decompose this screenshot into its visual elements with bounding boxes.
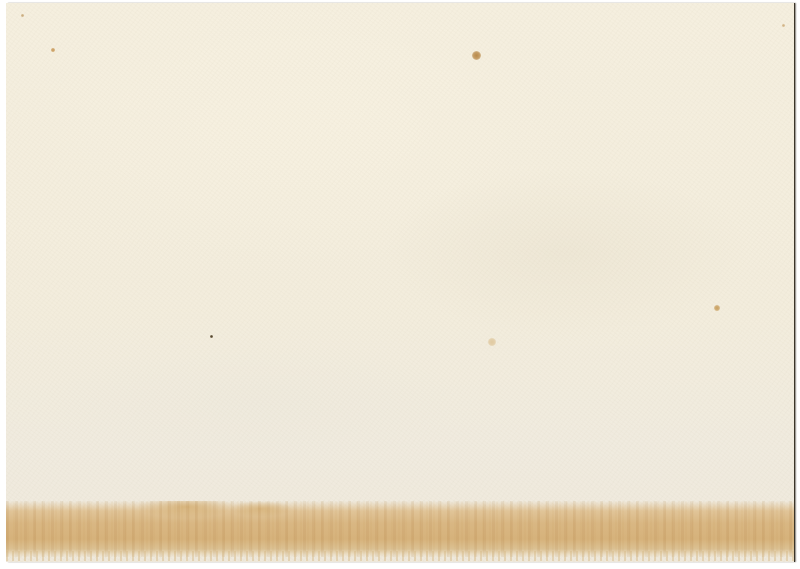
paper-sheet bbox=[6, 3, 794, 562]
scanned-page bbox=[0, 0, 800, 569]
foxing-spot bbox=[714, 305, 720, 311]
foxing-spot bbox=[210, 335, 213, 338]
foxing-spot bbox=[488, 338, 496, 346]
foxing-spot bbox=[782, 24, 785, 27]
water-stain-band bbox=[6, 501, 794, 557]
water-stain-speckle bbox=[6, 551, 794, 561]
foxing-spot bbox=[51, 48, 55, 52]
foxing-spot bbox=[21, 14, 24, 17]
foxing-spot bbox=[472, 51, 481, 60]
